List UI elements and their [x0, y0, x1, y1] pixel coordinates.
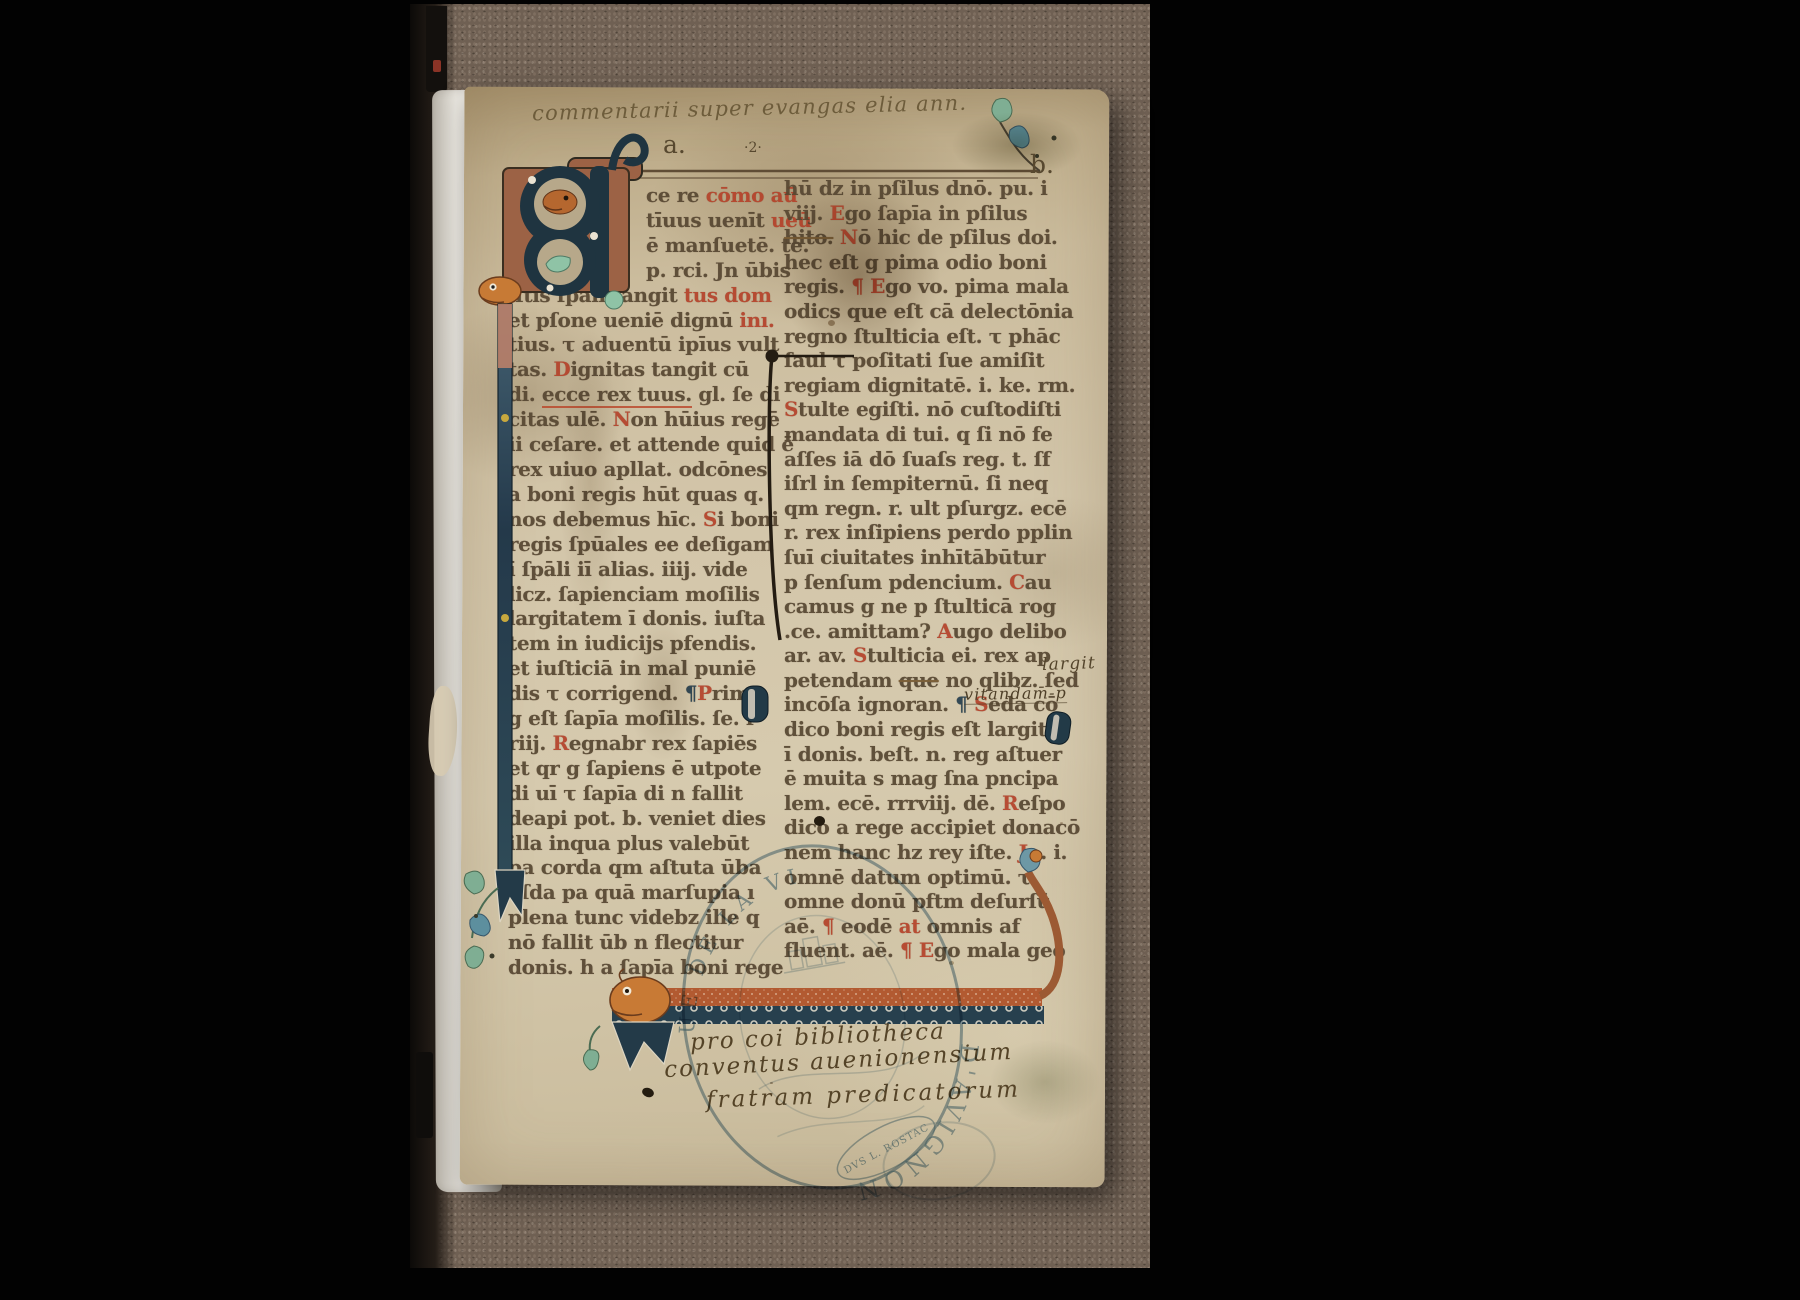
- column-letter-b: b.: [1030, 150, 1054, 179]
- text-segment: S: [853, 643, 867, 667]
- text-segment: que: [899, 668, 939, 692]
- text-segment: dis τ corrigend.: [508, 681, 685, 705]
- text-segment: J: [1019, 840, 1028, 864]
- text-segment: p ſenſum pdencium.: [784, 570, 1009, 594]
- text-segment: p. rci. Jn ūbis: [646, 258, 791, 282]
- text-segment: r. rex inſipiens perdo pplin: [784, 520, 1072, 544]
- text-segment: regiam dignitatē. i. ke. rm.: [784, 373, 1075, 397]
- text-segment: tīuus uenīt: [646, 208, 771, 232]
- text-line: regis. ¶ Ego vo. pima mala: [784, 274, 1046, 299]
- text-segment: tem in iudicijs pfendis.: [508, 631, 756, 655]
- text-segment: D: [553, 357, 570, 381]
- text-segment: tus dom: [684, 283, 772, 307]
- text-line: citas ulē. Non hūius regē: [508, 407, 782, 432]
- text-line: dis τ corrigend. ¶Prima: [508, 681, 782, 706]
- text-segment: S: [784, 397, 798, 421]
- binding-tab-bottom: [416, 1052, 433, 1138]
- text-line: ar. av. Stulticia ei. rex ap: [784, 643, 1046, 668]
- text-segment: ē muita s mag ſna pncipa: [784, 766, 1058, 790]
- text-segment: ī donis. beſt. n. reg aſtuer: [784, 742, 1062, 766]
- text-segment: N: [840, 225, 858, 249]
- binding-tab-top: [426, 6, 447, 92]
- text-line: hec eſt g pima odio boni: [784, 250, 1046, 275]
- text-line: regiam dignitatē. i. ke. rm.: [784, 373, 1046, 398]
- text-line: a boni regis hūt quas q.: [508, 482, 782, 507]
- text-line: iſtis ſpāli tangit tus dom: [508, 283, 782, 308]
- text-segment: gl. ſe di: [692, 382, 780, 406]
- text-segment: citas ulē.: [508, 407, 613, 431]
- text-line: qm regn. r. ult pſurgz. ecē: [784, 496, 1046, 521]
- text-segment: ſaul τ poſitati ſue amiſit: [784, 348, 1044, 372]
- text-line: licz. ſapienciam moſilis: [508, 582, 782, 607]
- text-line: hū dz in pſilus dnō. pu. i: [784, 176, 1046, 201]
- text-line: ſaul τ poſitati ſue amiſit: [784, 348, 1046, 373]
- text-segment: a boni regis hūt quas q.: [508, 482, 764, 506]
- text-line: regno ſtulticia eſt. τ phāc: [784, 324, 1046, 349]
- text-segment: au: [1025, 570, 1052, 594]
- text-segment: et iuſticiā in mal puniē: [508, 656, 756, 680]
- text-line: odics que eſt cā delectōnia: [784, 299, 1046, 324]
- text-line: ſuī ciuitates inhītābūtur: [784, 545, 1046, 570]
- text-line: rex uiuo apllat. odcōnes: [508, 457, 782, 482]
- text-segment: viij.: [784, 201, 830, 225]
- text-segment: odics que eſt cā delectōnia: [784, 299, 1073, 323]
- text-line: Stulte egiſti. nō cuſtodiſti: [784, 397, 1046, 422]
- text-segment: licz. ſapienciam moſilis: [508, 582, 759, 606]
- text-segment: hec eſt g pima odio boni: [784, 250, 1047, 274]
- text-segment: go ſapīa in pſilus: [844, 201, 1027, 225]
- text-line: largitatem ī donis. iuſta: [508, 606, 782, 631]
- text-line: viij. Ego ſapīa in pſilus: [784, 201, 1046, 226]
- text-segment: N: [613, 407, 631, 431]
- text-segment: .ce. amittam?: [784, 619, 937, 643]
- text-segment: dico boni regis eſt largitas: [784, 717, 1070, 741]
- text-line: nos debemus hīc. Si boni: [508, 507, 782, 532]
- text-segment: nos debemus hīc.: [508, 507, 703, 531]
- text-line: ce re cōmo aū: [646, 183, 782, 208]
- text-line: tius. τ aduentū ipīus vult: [508, 332, 782, 357]
- text-segment: tulte egiſti. nō cuſtodiſti: [798, 397, 1061, 421]
- text-segment: P: [697, 681, 712, 705]
- text-segment: eſpo: [1018, 791, 1065, 815]
- text-segment: ar. av.: [784, 643, 853, 667]
- text-line: camus g ne p ſtulticā rog: [784, 594, 1046, 619]
- text-line: hito. Nō hic de pſilus doi.: [784, 225, 1046, 250]
- text-segment: A: [937, 619, 952, 643]
- text-line: tem in iudicijs pfendis.: [508, 631, 782, 656]
- text-segment: on hūius regē: [630, 407, 779, 431]
- margin-note-largit: largit: [1042, 653, 1097, 675]
- text-segment: et pſone ueniē dignū: [508, 308, 739, 332]
- text-line: ī ſpāli iī alias. iiij. vide: [508, 557, 782, 582]
- text-segment: S: [703, 507, 717, 531]
- text-segment: di uī τ ſapīa di n fallit: [508, 781, 743, 805]
- text-segment: hito.: [784, 225, 833, 249]
- text-line: p. rci. Jn ūbis: [646, 258, 782, 283]
- text-segment: petendam: [784, 668, 899, 692]
- text-segment: qm regn. r. ult pſurgz. ecē: [784, 496, 1067, 520]
- text-segment: ecce rex tuus.: [542, 382, 692, 408]
- text-segment: g eſt ſapīa moſilis. ſe. r: [508, 706, 756, 730]
- text-segment: tulticia ei. rex ap: [867, 643, 1051, 667]
- text-segment: ī ſpāli iī alias. iiij. vide: [508, 557, 747, 581]
- text-segment: iſrl in ſempiternū. ſi neq: [784, 471, 1048, 495]
- text-segment: iſtis ſpāli tangit: [508, 283, 684, 307]
- text-segment: rima: [712, 681, 763, 705]
- text-segment: inı.: [739, 308, 774, 332]
- text-segment: ¶: [685, 681, 697, 705]
- foxing-spots: [828, 320, 835, 326]
- text-segment: rex uiuo apllat. odcōnes: [508, 457, 767, 481]
- binding-red-speck: [433, 60, 441, 72]
- text-segment: riij.: [508, 731, 553, 755]
- photograph-stage: commentarii super evangas elia ann. a. ·…: [0, 0, 1800, 1300]
- text-line: et pſone ueniē dignū inı.: [508, 308, 782, 333]
- text-segment: i boni: [717, 507, 779, 531]
- library-stamp: UE DE LA VI D'AVIGNON DVS L. ROSTAC: [632, 800, 1026, 1251]
- text-segment: E: [830, 201, 845, 225]
- text-segment: ſuī ciuitates inhītābūtur: [784, 545, 1045, 569]
- text-segment: camus g ne p ſtulticā rog: [784, 594, 1056, 618]
- text-line: regis ſpūales ee deſigam: [508, 532, 782, 557]
- text-segment: C: [1009, 570, 1025, 594]
- column-letter-a: a.: [663, 130, 686, 159]
- text-segment: regis ſpūales ee deſigam: [508, 532, 774, 556]
- text-line: riij. Regnabr rex ſapiēs: [508, 731, 782, 756]
- stamp-arc-top-text: UE DE LA VI: [650, 863, 826, 1038]
- text-segment: et qr g ſapiens ē utpote: [508, 756, 761, 780]
- text-segment: R: [1002, 791, 1018, 815]
- svg-text:UE DE LA VI: UE DE LA VI: [650, 863, 826, 1038]
- text-segment: mandata di tui. q ſi nō fe: [784, 422, 1053, 446]
- text-segment: regis.: [784, 274, 851, 298]
- text-line: di. ecce rex tuus. gl. ſe di: [508, 382, 782, 407]
- text-segment: incōſa ignoran.: [784, 692, 955, 716]
- text-segment: ignitas tangit cū: [570, 357, 749, 381]
- text-segment: cōmo aū: [699, 183, 797, 207]
- text-line: iſrl in ſempiternū. ſi neq: [784, 471, 1046, 496]
- text-segment: ō hic de pſilus doi.: [858, 225, 1058, 249]
- text-line: ē manſuetē. tē.: [646, 233, 782, 258]
- interlinear-correction: vitandam̄-p: [964, 683, 1067, 705]
- text-segment: go vo. pima mala: [885, 274, 1069, 298]
- text-segment: [833, 225, 840, 249]
- text-segment: aſſes iā dō ſuaſs reg. t. ſf: [784, 447, 1050, 471]
- text-line: aſſes iā dō ſuaſs reg. t. ſf: [784, 447, 1046, 472]
- text-segment: a. i.: [1028, 840, 1067, 864]
- text-segment: di.: [508, 382, 542, 406]
- text-segment: tius. τ aduentū ipīus vult: [508, 332, 779, 356]
- text-line: deapi pot. b. veniet dies: [508, 806, 782, 831]
- text-segment: ¶ E: [851, 274, 885, 298]
- text-line: mandata di tui. q ſi nō fe: [784, 422, 1046, 447]
- text-segment: tas.: [508, 357, 553, 381]
- text-segment: hū dz in pſilus dnō. pu. i: [784, 176, 1047, 200]
- text-line: ī donis. beſt. n. reg aſtuer: [784, 742, 1046, 767]
- text-line: .ce. amittam? Augo delibo: [784, 619, 1046, 644]
- text-segment: largitatem ī donis. iuſta: [508, 606, 765, 630]
- text-line: r. rex inſipiens perdo pplin: [784, 520, 1046, 545]
- text-segment: R: [553, 731, 569, 755]
- text-segment: regno ſtulticia eſt. τ phāc: [784, 324, 1060, 348]
- text-line: tas. Dignitas tangit cū: [508, 357, 782, 382]
- text-line: g eſt ſapīa moſilis. ſe. r: [508, 706, 782, 731]
- text-segment: ugo delibo: [952, 619, 1066, 643]
- text-line: p ſenſum pdencium. Cau: [784, 570, 1046, 595]
- text-line: et iuſticiā in mal puniē: [508, 656, 782, 681]
- text-segment: deapi pot. b. veniet dies: [508, 806, 766, 830]
- text-segment: egnabr rex ſapiēs: [569, 731, 757, 755]
- text-line: ii ceſare. et attende quid ē: [508, 432, 782, 457]
- text-line: di uī τ ſapīa di n fallit: [508, 781, 782, 806]
- text-line: tīuus uenīt ueū: [646, 208, 782, 233]
- text-segment: ce re: [646, 183, 699, 207]
- text-segment: ii ceſare. et attende quid ē: [508, 432, 794, 456]
- header-mark-2: ·2·: [744, 140, 762, 156]
- text-line: dico boni regis eſt largitas: [784, 717, 1046, 742]
- text-line: ē muita s mag ſna pncipa: [784, 766, 1046, 791]
- text-line: et qr g ſapiens ē utpote: [508, 756, 782, 781]
